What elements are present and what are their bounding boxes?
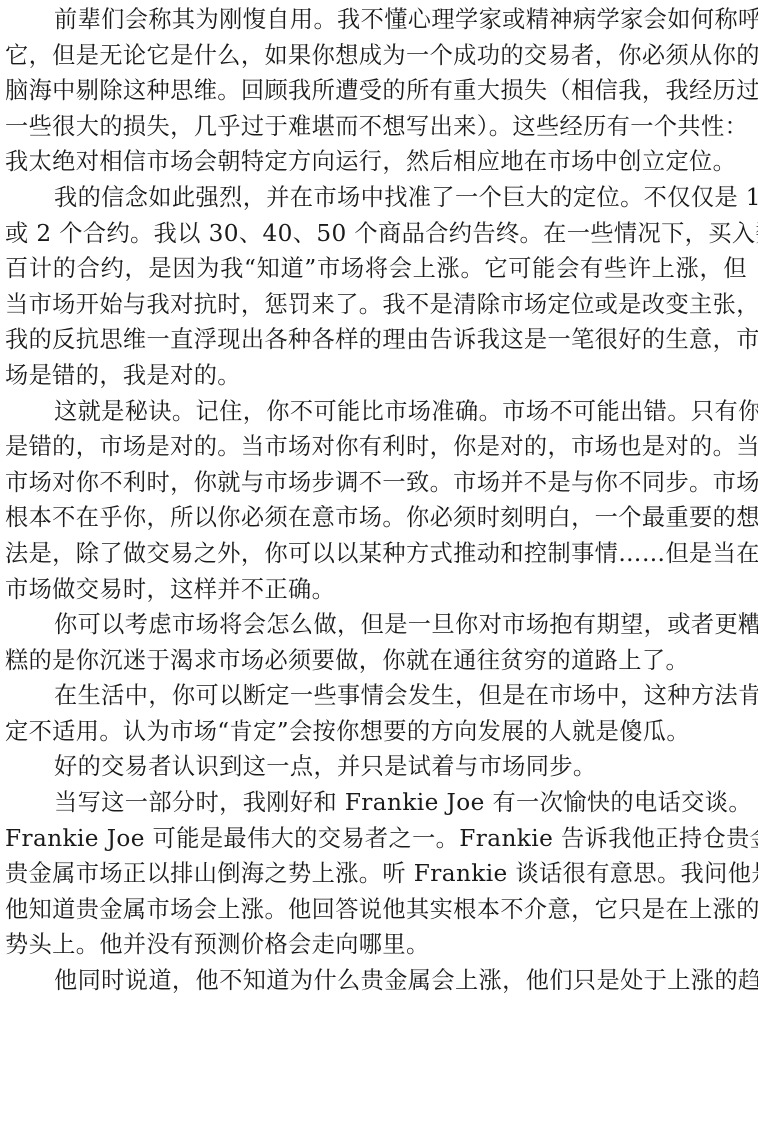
text-line: 百计的合约，是因为我“知道”市场将会上涨。它可能会有些许上涨，但 xyxy=(5,251,747,287)
text-line: 势头上。他并没有预测价格会走向哪里。 xyxy=(5,927,747,963)
text-line: 脑海中剔除这种思维。回顾我所遭受的所有重大损失（相信我，我经历过 xyxy=(5,73,747,109)
text-line: 你可以考虑市场将会怎么做，但是一旦你对市场抱有期望，或者更糟 xyxy=(5,607,747,643)
text-line: 当市场开始与我对抗时，惩罚来了。我不是清除市场定位或是改变主张， xyxy=(5,287,747,323)
text-line: 我太绝对相信市场会朝特定方向运行，然后相应地在市场中创立定位。 xyxy=(5,144,747,180)
text-line: 法是，除了做交易之外，你可以以某种方式推动和控制事情……但是当在 xyxy=(5,536,747,572)
paragraph-4: 你可以考虑市场将会怎么做，但是一旦你对市场抱有期望，或者更糟 糕的是你沉迷于渴求… xyxy=(5,607,747,678)
text-line: 他同时说道，他不知道为什么贵金属会上涨，他们只是处于上涨的趋 xyxy=(5,963,747,999)
paragraph-7: 当写这一部分时，我刚好和 Frankie Joe 有一次愉快的电话交谈。 Fra… xyxy=(5,785,747,963)
text-line: 这就是秘诀。记住，你不可能比市场准确。市场不可能出错。只有你 xyxy=(5,394,747,430)
text-line: 我的反抗思维一直浮现出各种各样的理由告诉我这是一笔很好的生意，市 xyxy=(5,322,747,358)
text-line: 好的交易者认识到这一点，并只是试着与市场同步。 xyxy=(5,749,747,785)
text-line: 它，但是无论它是什么，如果你想成为一个成功的交易者，你必须从你的 xyxy=(5,38,747,74)
paragraph-6: 好的交易者认识到这一点，并只是试着与市场同步。 xyxy=(5,749,747,785)
text-line: 前辈们会称其为刚愎自用。我不懂心理学家或精神病学家会如何称呼 xyxy=(5,2,747,38)
text-line: 在生活中，你可以断定一些事情会发生，但是在市场中，这种方法肯 xyxy=(5,678,747,714)
text-line: 场是错的，我是对的。 xyxy=(5,358,747,394)
paragraph-5: 在生活中，你可以断定一些事情会发生，但是在市场中，这种方法肯 定不适用。认为市场… xyxy=(5,678,747,749)
text-line: 市场对你不利时，你就与市场步调不一致。市场并不是与你不同步。市场 xyxy=(5,465,747,501)
text-line: 当写这一部分时，我刚好和 Frankie Joe 有一次愉快的电话交谈。 xyxy=(5,785,747,821)
text-line: 定不适用。认为市场“肯定”会按你想要的方向发展的人就是傻瓜。 xyxy=(5,714,747,750)
text-line: 糕的是你沉迷于渴求市场必须要做，你就在通往贫穷的道路上了。 xyxy=(5,643,747,679)
text-line: 一些很大的损失，几乎过于难堪而不想写出来）。这些经历有一个共性： xyxy=(5,109,747,145)
paragraph-1: 前辈们会称其为刚愎自用。我不懂心理学家或精神病学家会如何称呼 它，但是无论它是什… xyxy=(5,2,747,180)
paragraph-2: 我的信念如此强烈，并在市场中找准了一个巨大的定位。不仅仅是 1 或 2 个合约。… xyxy=(5,180,747,394)
paragraph-8: 他同时说道，他不知道为什么贵金属会上涨，他们只是处于上涨的趋 xyxy=(5,963,747,999)
text-line: 根本不在乎你，所以你必须在意市场。你必须时刻明白，一个最重要的想 xyxy=(5,500,747,536)
text-line: 我的信念如此强烈，并在市场中找准了一个巨大的定位。不仅仅是 1 xyxy=(5,180,747,216)
text-line: Frankie Joe 可能是最伟大的交易者之一。Frankie 告诉我他正持仓… xyxy=(5,821,747,857)
text-line: 他知道贵金属市场会上涨。他回答说他其实根本不介意，它只是在上涨的 xyxy=(5,892,747,928)
text-line: 或 2 个合约。我以 30、40、50 个商品合约告终。在一些情况下，买入数以 xyxy=(5,216,747,252)
text-line: 贵金属市场正以排山倒海之势上涨。听 Frankie 谈话很有意思。我问他是否 xyxy=(5,856,747,892)
paragraph-3: 这就是秘诀。记住，你不可能比市场准确。市场不可能出错。只有你 是错的，市场是对的… xyxy=(5,394,747,608)
document-page: 前辈们会称其为刚愎自用。我不懂心理学家或精神病学家会如何称呼 它，但是无论它是什… xyxy=(5,2,747,999)
text-line: 是错的，市场是对的。当市场对你有利时，你是对的，市场也是对的。当 xyxy=(5,429,747,465)
text-line: 市场做交易时，这样并不正确。 xyxy=(5,572,747,608)
